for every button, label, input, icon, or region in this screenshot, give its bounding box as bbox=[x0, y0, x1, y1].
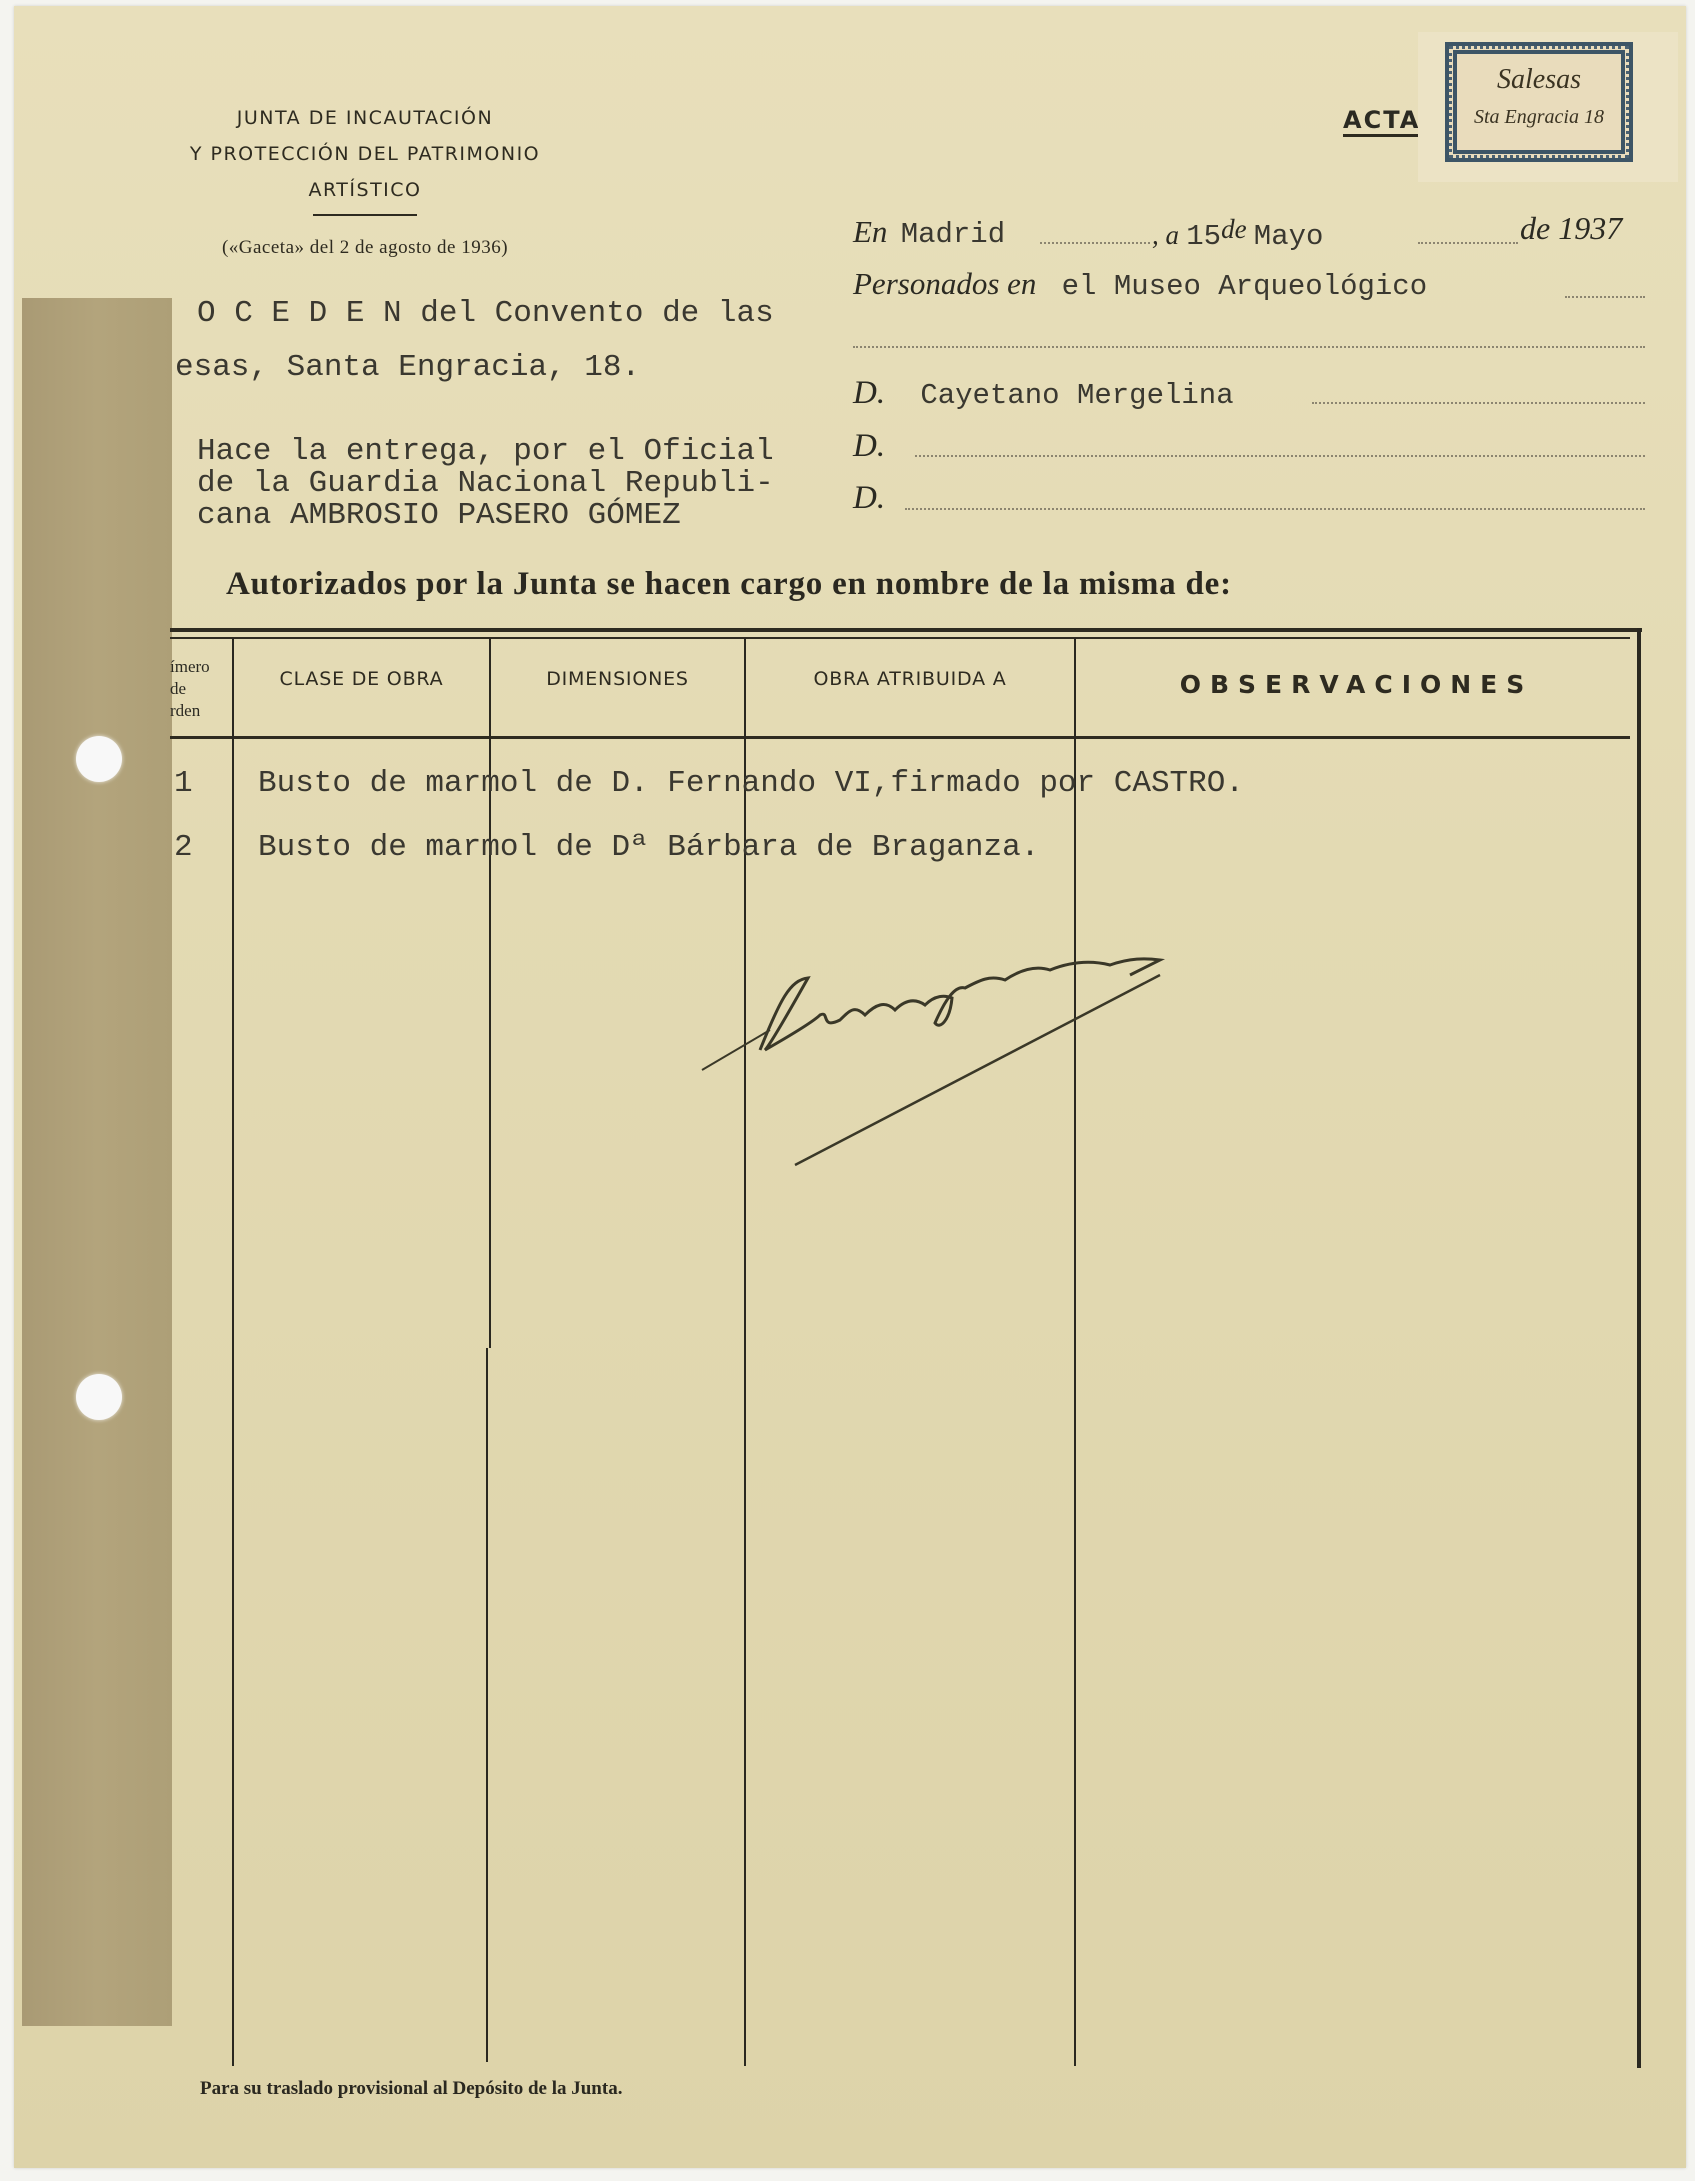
autorizados-heading: Autorizados por la Junta se hacen cargo … bbox=[226, 566, 1232, 603]
header-rule bbox=[313, 214, 417, 216]
a-label: , a bbox=[1152, 220, 1179, 250]
dotted-line bbox=[1418, 242, 1518, 244]
label-frame: Salesas Sta Engracia 18 bbox=[1445, 42, 1633, 162]
org-line-2: Y PROTECCIÓN DEL PATRIMONIO bbox=[140, 136, 590, 172]
dotted-line bbox=[1040, 242, 1150, 244]
header-numero-line: de bbox=[170, 678, 210, 700]
en-label: En bbox=[853, 214, 887, 249]
person-field-3 bbox=[905, 508, 1645, 510]
date-line: En Madrid bbox=[853, 214, 1005, 251]
header-dimensiones: DIMENSIONES bbox=[491, 668, 744, 690]
header-clase-de-obra: CLASE DE OBRA bbox=[234, 668, 489, 690]
de-label: de bbox=[1221, 214, 1246, 244]
procedencia-line-2: esas, Santa Engracia, 18. bbox=[175, 350, 640, 386]
signature bbox=[690, 880, 1310, 1180]
column-divider bbox=[489, 638, 491, 1348]
table-header-rule bbox=[170, 736, 1630, 739]
row-1-number: 1 bbox=[174, 766, 193, 801]
person-field-1: Cayetano Mergelina bbox=[920, 379, 1233, 412]
row-1-description: Busto de marmol de D. Fernando VI,firmad… bbox=[258, 766, 1244, 801]
d-label-2: D. bbox=[853, 428, 885, 465]
dotted-line bbox=[1312, 402, 1645, 404]
punch-hole bbox=[76, 736, 122, 782]
inventory-table: ímero de rden CLASE DE OBRA DIMENSIONES … bbox=[170, 628, 1642, 2068]
personados-field: el Museo Arqueológico bbox=[1062, 270, 1427, 303]
person-field-2 bbox=[915, 455, 1645, 457]
label-line-1: Salesas bbox=[1457, 64, 1621, 96]
binding-strip bbox=[22, 298, 172, 2026]
row-2-number: 2 bbox=[174, 830, 193, 865]
footer-note: Para su traslado provisional al Depósito… bbox=[200, 2078, 622, 2100]
org-line-3: ARTÍSTICO bbox=[140, 172, 590, 208]
header-obra-atribuida: OBRA ATRIBUIDA A bbox=[746, 668, 1074, 690]
table-right-border bbox=[1637, 628, 1641, 2068]
organization-header: JUNTA DE INCAUTACIÓN Y PROTECCIÓN DEL PA… bbox=[140, 100, 590, 266]
city-field: Madrid bbox=[901, 218, 1005, 251]
archive-label: Salesas Sta Engracia 18 bbox=[1418, 32, 1678, 182]
header-numero-line: rden bbox=[170, 700, 210, 722]
dotted-line bbox=[1565, 296, 1645, 298]
person-line-1: D. Cayetano Mergelina bbox=[853, 375, 1234, 412]
acta-label: ACTA bbox=[1343, 106, 1423, 137]
column-divider bbox=[232, 638, 234, 2066]
column-divider bbox=[1074, 638, 1076, 2066]
punch-hole bbox=[76, 1374, 122, 1420]
entrega-line-1: Hace la entrega, por el Oficial bbox=[197, 434, 774, 470]
label-line-2: Sta Engracia 18 bbox=[1457, 106, 1621, 129]
org-line-1: JUNTA DE INCAUTACIÓN bbox=[140, 100, 590, 136]
row-2-description: Busto de marmol de Dª Bárbara de Braganz… bbox=[258, 830, 1039, 865]
personados-line: Personados en el Museo Arqueológico bbox=[853, 266, 1427, 303]
entrega-line-2: de la Guardia Nacional Republi- bbox=[197, 466, 774, 502]
day-field: 15 bbox=[1186, 220, 1221, 253]
header-numero-line: ímero bbox=[170, 656, 210, 678]
gaceta-reference: («Gaceta» del 2 de agosto de 1936) bbox=[140, 230, 590, 266]
procedencia-line-1: O C E D E N del Convento de las bbox=[197, 296, 774, 332]
entrega-line-3: cana AMBROSIO PASERO GÓMEZ bbox=[197, 498, 681, 534]
header-numero: ímero de rden bbox=[170, 656, 210, 722]
d-label-3: D. bbox=[853, 480, 885, 517]
year-label: de 1937 bbox=[1520, 210, 1622, 247]
personados-label: Personados en bbox=[853, 266, 1036, 301]
month-field: Mayo bbox=[1254, 220, 1324, 253]
header-observaciones: OBSERVACIONES bbox=[1076, 670, 1637, 699]
day-group: , a 15de Mayo bbox=[1152, 214, 1323, 253]
dotted-line bbox=[853, 346, 1645, 348]
table-top-rule bbox=[170, 628, 1642, 632]
d-label: D. bbox=[853, 375, 885, 411]
column-divider bbox=[486, 1348, 488, 2062]
table-top-rule-inner bbox=[170, 637, 1630, 639]
